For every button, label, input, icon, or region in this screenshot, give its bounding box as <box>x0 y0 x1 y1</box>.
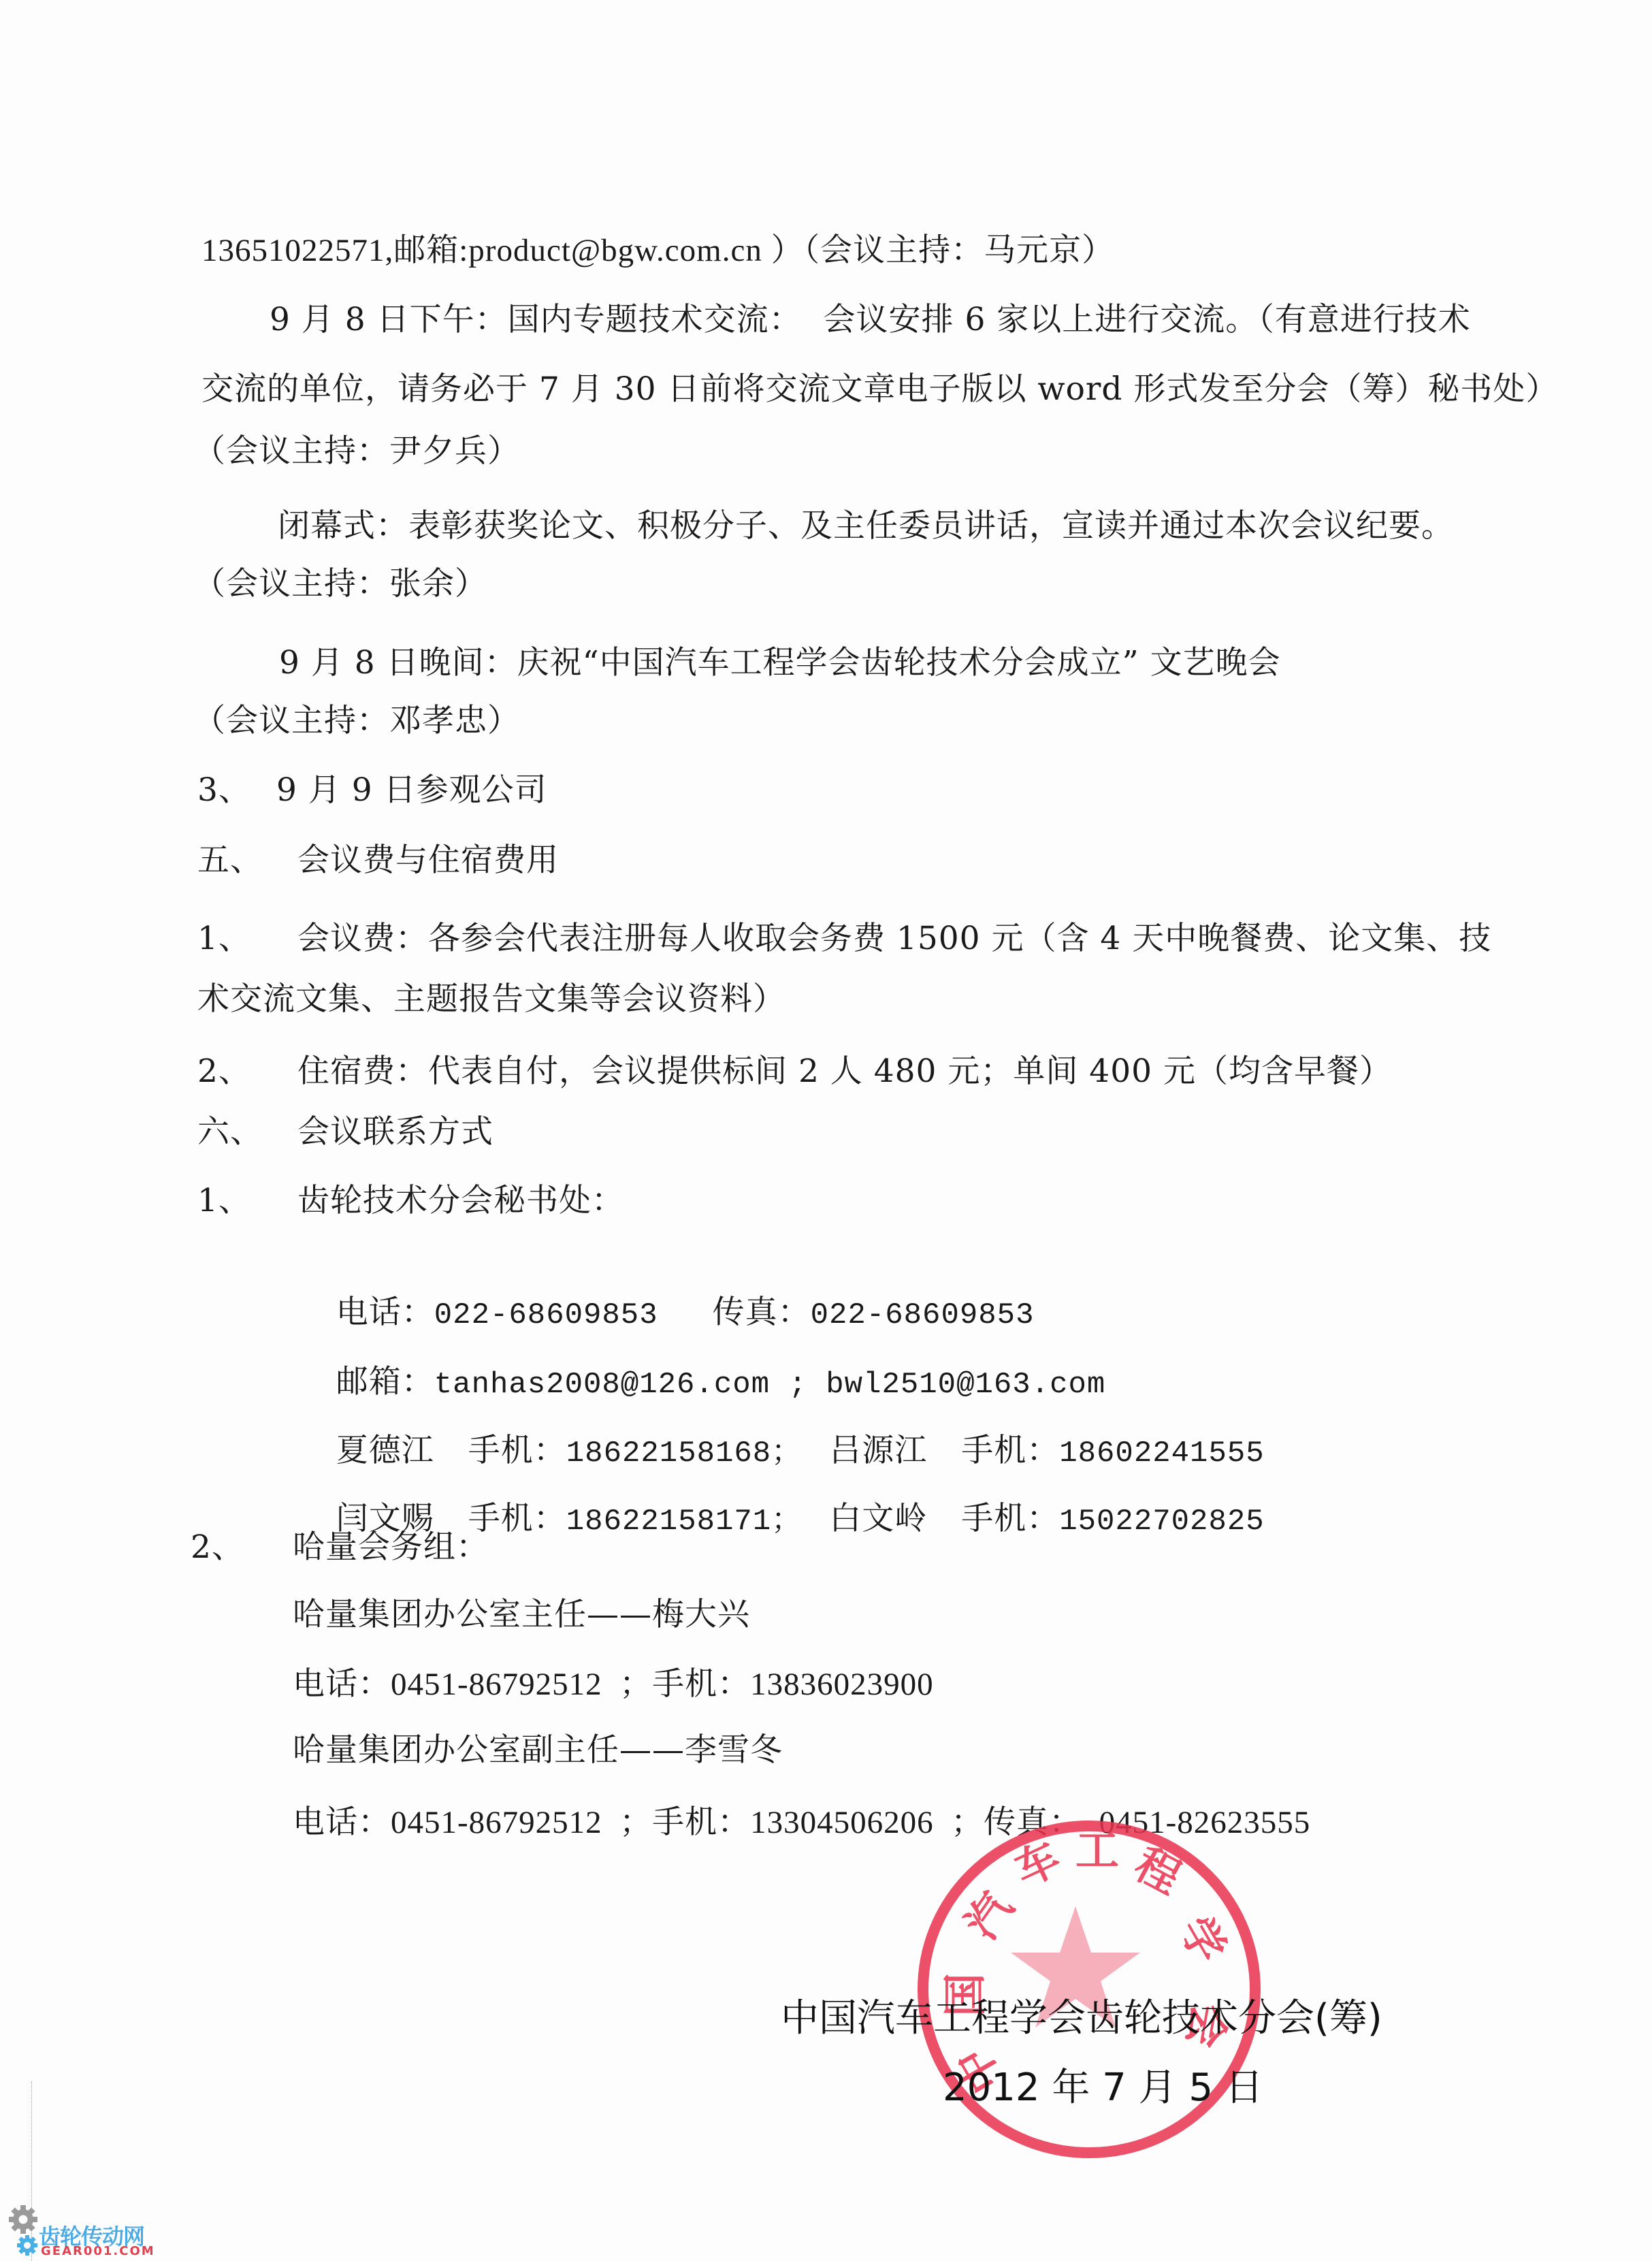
mobile-value-2: 15022702825 <box>1059 1505 1264 1539</box>
haliang-number: 2、 <box>191 1527 244 1568</box>
haliang-person-2: 哈量集团办公室副主任——李雪冬 <box>293 1730 783 1771</box>
item-3-number: 3、 <box>197 770 251 811</box>
section-6-title: 会议联系方式 <box>297 1112 493 1153</box>
secretariat-phone-fax: 电话：022-68609853传真：022-68609853 <box>293 1251 1034 1292</box>
svg-text:汽: 汽 <box>957 1884 1023 1949</box>
mobile-label-2: 手机： <box>961 1500 1059 1537</box>
haliang-person-1-contact: 电话：0451-86792512 ；手机：13836023900 <box>293 1664 934 1705</box>
haliang-person-1: 哈量集团办公室主任——梅大兴 <box>293 1594 750 1635</box>
secretariat-title: 齿轮技术分会秘书处： <box>297 1181 624 1221</box>
fee-item-text: 会议费：各参会代表注册每人收取会务费 1500 元（含 4 天中晚餐费、论文集、… <box>297 918 1491 959</box>
fee-item-continuation: 术交流文集、主题报告文集等会议资料） <box>197 979 785 1020</box>
contact-name-2: 白文岭 <box>829 1500 927 1537</box>
closing-ceremony-line: 闭幕式：表彰获奖论文、积极分子、及主任委员讲话，宣读并通过本次会议纪要。 <box>278 506 1454 547</box>
svg-text:程: 程 <box>1127 1839 1188 1904</box>
domestic-exchange-continuation: 交流的单位，请务必于 7 月 30 日前将交流文章电子版以 word 形式发至分… <box>201 369 1558 410</box>
item-3-text: 9 月 9 日参观公司 <box>276 770 547 811</box>
haliang-title: 哈量会务组： <box>293 1527 489 1568</box>
haliang-person-2-contact: 电话：0451-86792512 ；手机：13304506206 ；传真： 04… <box>293 1802 1310 1843</box>
section-6-number: 六、 <box>197 1112 263 1153</box>
watermark-en-text: GEAR001.COM <box>41 2244 155 2258</box>
contact-email-line: 13651022571,邮箱:product@bgw.com.cn ）（会议主持… <box>201 230 1114 271</box>
mobile-value: 18622158171； <box>566 1505 802 1539</box>
signature-org: 中国汽车工程学会齿轮技术分会(筹) <box>781 1995 1382 2042</box>
lodging-item-text: 住宿费：代表自付，会议提供标间 2 人 480 元；单间 400 元（均含早餐） <box>297 1051 1392 1092</box>
secretariat-number: 1、 <box>197 1181 251 1221</box>
contact-row: 夏德江手机：18622158168；吕源江手机：18602241555 <box>293 1390 1265 1430</box>
domestic-exchange-line: 9 月 8 日下午：国内专题技术交流： 会议安排 6 家以上进行交流。（有意进行… <box>270 300 1471 340</box>
host-deng: （会议主持：邓孝忠） <box>193 701 520 741</box>
lodging-item-number: 2、 <box>197 1051 251 1092</box>
section-5-number: 五、 <box>197 840 263 881</box>
section-5-title: 会议费与住宿费用 <box>297 840 559 881</box>
secretariat-email: 邮箱：tanhas2008@126.com ; bwl2510@163.com <box>293 1321 1105 1362</box>
host-yin: （会议主持：尹夕兵） <box>193 431 520 472</box>
fee-item-number: 1、 <box>197 918 251 959</box>
contact-row: 闫文赐手机：18622158171；白文岭手机：15022702825 <box>293 1458 1265 1498</box>
watermark-logo[interactable]: 齿轮传动网 GEAR001.COM <box>5 2203 148 2261</box>
host-zhang: （会议主持：张余） <box>193 564 487 605</box>
signature-date: 2012 年 7 月 5 日 <box>943 2064 1263 2112</box>
svg-text:学: 学 <box>1169 1908 1235 1971</box>
evening-gala-line: 9 月 8 日晚间：庆祝“中国汽车工程学会齿轮技术分会成立” 文艺晚会 <box>279 643 1281 684</box>
